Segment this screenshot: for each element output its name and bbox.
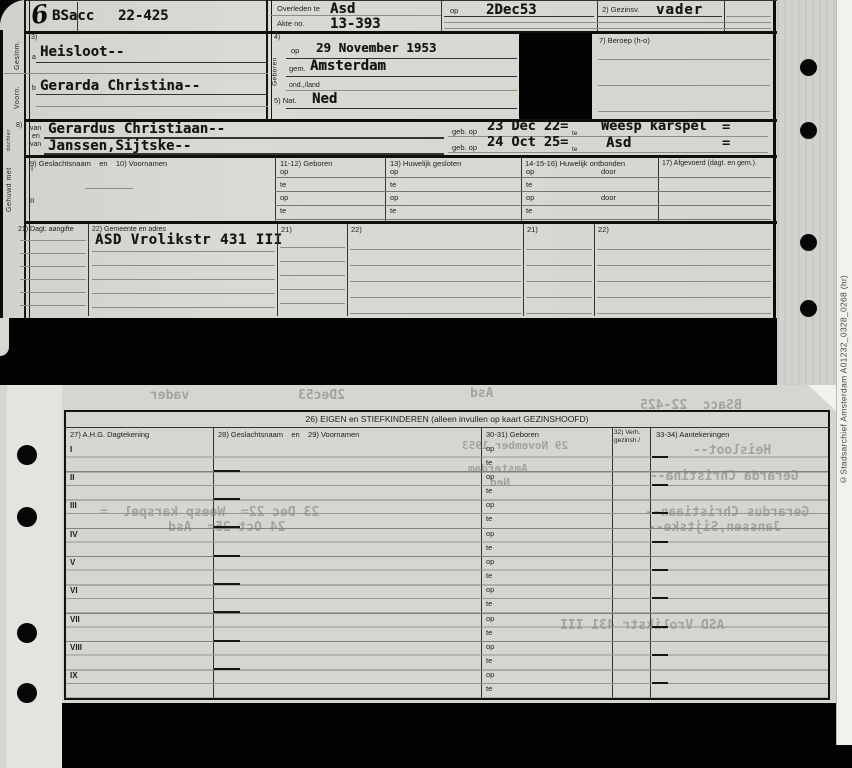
children-table-ruling — [66, 444, 828, 698]
punch-hole — [17, 445, 37, 465]
rule-line — [36, 62, 268, 63]
ink-dash — [214, 498, 240, 500]
watermark-text: ©Stadsarchief Amsterdam A01232_0328_0268… — [838, 90, 849, 670]
op-label: op — [450, 7, 458, 15]
door-label: door — [601, 168, 616, 176]
col27-header: 27) A.H.G. Dagtekening — [70, 431, 149, 439]
te-label: te — [486, 515, 492, 523]
scan-black-bar — [836, 745, 852, 768]
op-label: op — [390, 168, 398, 176]
te-label: te — [486, 572, 492, 580]
rule-line — [444, 22, 771, 23]
card-right-edge — [773, 0, 776, 318]
van-label: van — [30, 141, 41, 148]
op-label: op — [486, 643, 494, 651]
rule-line — [64, 427, 830, 428]
door-label: door — [601, 194, 616, 202]
te-label: te — [280, 207, 286, 215]
beroep-ruling — [598, 48, 770, 118]
te-label: te — [390, 181, 396, 189]
divider — [441, 0, 442, 31]
rule-line — [4, 73, 268, 74]
te-label: te — [526, 207, 532, 215]
marker-b: b — [32, 85, 36, 92]
birth-date: 29 November 1953 — [316, 42, 436, 55]
rule-line — [444, 28, 771, 29]
death-date: 2Dec53 — [486, 3, 537, 17]
op-label: op — [526, 194, 534, 202]
op-label: op — [486, 473, 494, 481]
mother-birth-place: Asd — [606, 136, 631, 150]
row-numeral: I — [70, 446, 72, 454]
te-label: te — [486, 657, 492, 665]
col-ruling — [597, 234, 771, 316]
punch-hole — [17, 683, 37, 703]
mother-birth-date: 24 Oct 25= — [487, 136, 568, 150]
op-label: op — [486, 445, 494, 453]
ink-dash — [652, 626, 668, 628]
field3-number: 3) — [31, 34, 37, 41]
punch-hole — [800, 59, 817, 76]
rule-line — [36, 106, 268, 107]
scan-margin — [777, 0, 836, 385]
geb-op-label: geb. op — [452, 128, 477, 136]
op-label: op — [486, 586, 494, 594]
row-numeral: II — [70, 474, 74, 482]
punch-hole — [800, 122, 817, 139]
akte-value: 13-393 — [330, 17, 381, 31]
rule-line — [286, 76, 517, 77]
op-label: op — [486, 615, 494, 623]
row-numeral: VIII — [70, 644, 82, 652]
ref-number: 22-425 — [118, 9, 169, 23]
col-ruling — [20, 228, 86, 316]
row-numeral: VII — [70, 616, 80, 624]
te-label: te — [486, 600, 492, 608]
row-numeral: VI — [70, 587, 78, 595]
op-label: op — [486, 501, 494, 509]
ink-dash — [652, 569, 668, 571]
ink-dash — [652, 541, 668, 543]
op-label: op — [486, 558, 494, 566]
bleed-text: vader — [150, 389, 189, 402]
field4-number: 4) — [274, 34, 280, 41]
col-ruling — [280, 234, 345, 316]
akte-label: Akte no. — [277, 20, 305, 28]
rule-line — [286, 108, 517, 109]
archive-scan: 6 BSacc 22-425 Overleden te Asd Akte no.… — [0, 0, 852, 768]
ink-dash — [214, 470, 240, 472]
rule-line — [726, 16, 771, 17]
divider — [277, 224, 278, 316]
gehuwd-met-label: Gehuwd met — [4, 160, 15, 220]
col30-31-header: 30-31) Geboren — [486, 431, 539, 439]
overleden-value: Asd — [330, 2, 355, 16]
col22-header: 22) — [351, 226, 362, 234]
ink-dash — [214, 583, 240, 585]
geb-op-label: geb. op — [452, 144, 477, 152]
col21-header: 21) — [281, 226, 292, 234]
punch-hole — [800, 300, 817, 317]
te-label: te — [486, 487, 492, 495]
father-birth-date: 23 Dec 22= — [487, 120, 568, 134]
beroep-label: 7) Beroep (h-o) — [599, 37, 650, 45]
divider — [724, 0, 725, 31]
te-label: te — [486, 629, 492, 637]
ink-dash — [214, 668, 240, 670]
ink-dash — [214, 555, 240, 557]
te-label: te — [526, 181, 532, 189]
equals-sign: = — [722, 121, 730, 135]
punch-hole — [800, 234, 817, 251]
section-rule — [24, 155, 777, 158]
ink-dash — [652, 682, 668, 684]
te-label: te — [486, 544, 492, 552]
field8-number: 8) — [16, 122, 22, 129]
col-ruling — [92, 238, 275, 316]
overleden-label: Overleden te — [277, 5, 320, 13]
col33-34-header: 33-34) Aantekeningen — [656, 431, 729, 439]
bleed-text: Asd — [470, 387, 493, 400]
geboren-op-label: op — [291, 47, 299, 55]
mother-name: Janssen,Sijtske-- — [48, 139, 191, 153]
card-back-margin — [7, 385, 62, 768]
col-ruling — [526, 234, 592, 316]
col22-header: 22) — [598, 226, 609, 234]
nat-label: 5) Nat. — [274, 97, 297, 105]
nationality-value: Ned — [312, 92, 337, 106]
scan-black-bar — [62, 703, 836, 768]
geboren-label: Geboren — [270, 47, 281, 97]
gezinsv-label: 2) Gezinsv. — [602, 6, 639, 14]
father-name: Gerardus Christiaan-- — [48, 122, 225, 136]
bleed-text: 2Dec53 — [298, 389, 345, 402]
col28-29-header: 28) Geslachtsnaam en 29) Voornamen — [218, 431, 359, 439]
ink-dash — [652, 456, 668, 458]
row-one-numeral: I — [31, 165, 33, 173]
te-label: te — [390, 207, 396, 215]
te-label: te — [486, 685, 492, 693]
rule-line — [36, 94, 268, 95]
geslnm-label: Geslnm. — [12, 37, 23, 73]
col-name-header: 9) Geslachtsnaam en 10) Voornamen — [30, 160, 167, 168]
ink-dash — [652, 512, 668, 514]
row-two-numeral: II — [30, 197, 34, 205]
equals-sign: = — [722, 137, 730, 151]
ink-dash — [214, 640, 240, 642]
rule-line — [85, 188, 133, 189]
rule-line — [448, 152, 768, 153]
te-label: te — [280, 181, 286, 189]
te-label: te — [486, 459, 492, 467]
op-label: op — [486, 671, 494, 679]
col32-header-line1: 32) Verh. — [614, 430, 640, 437]
redaction-box — [519, 33, 592, 121]
handwritten-mark: 6 — [29, 1, 50, 28]
card-left-edge — [0, 30, 3, 318]
children-table-title: 26) EIGEN en STIEFKINDEREN (alleen invul… — [64, 415, 830, 424]
ink-dash — [652, 484, 668, 486]
gezinsv-value: vader — [656, 3, 703, 17]
divider — [594, 224, 595, 316]
card-corner-sliver — [0, 318, 9, 356]
marker-a: a — [32, 54, 36, 61]
divider — [88, 224, 89, 316]
ink-dash — [214, 526, 240, 528]
punch-hole — [17, 623, 37, 643]
marriage-ruling — [275, 164, 771, 221]
col-ruling — [350, 234, 521, 316]
father-birth-place: Weesp karspel — [601, 120, 707, 134]
rule-line — [24, 0, 777, 1]
en-label: en — [32, 133, 40, 140]
voorn-label: Voorn. — [12, 79, 23, 115]
op-label: op — [526, 168, 534, 176]
surname-value: Heisloot-- — [40, 45, 124, 59]
given-names-value: Gerarda Christina-- — [40, 79, 200, 93]
ink-dash — [214, 611, 240, 613]
punch-hole — [17, 507, 37, 527]
ond-label: ond.,/land — [289, 82, 320, 89]
row-numeral: IV — [70, 531, 78, 539]
op-label: op — [280, 194, 288, 202]
scan-black-bar — [0, 318, 777, 385]
ink-dash — [652, 597, 668, 599]
row-numeral: IX — [70, 672, 78, 680]
gem-label: gem. — [289, 65, 306, 73]
divider — [347, 224, 348, 316]
divider — [523, 224, 524, 316]
op-label: op — [486, 530, 494, 538]
van-label: van — [30, 125, 41, 132]
section-rule — [24, 31, 777, 34]
col21-header: 21) — [527, 226, 538, 234]
op-label: op — [280, 168, 288, 176]
ref-code: BSacc — [52, 9, 94, 23]
op-label: op — [390, 194, 398, 202]
row-numeral: III — [70, 502, 77, 510]
section-rule — [24, 221, 777, 224]
relation-label: dochter — [4, 126, 15, 154]
birth-place: Amsterdam — [310, 59, 386, 73]
row-numeral: V — [70, 559, 75, 567]
ink-dash — [652, 654, 668, 656]
